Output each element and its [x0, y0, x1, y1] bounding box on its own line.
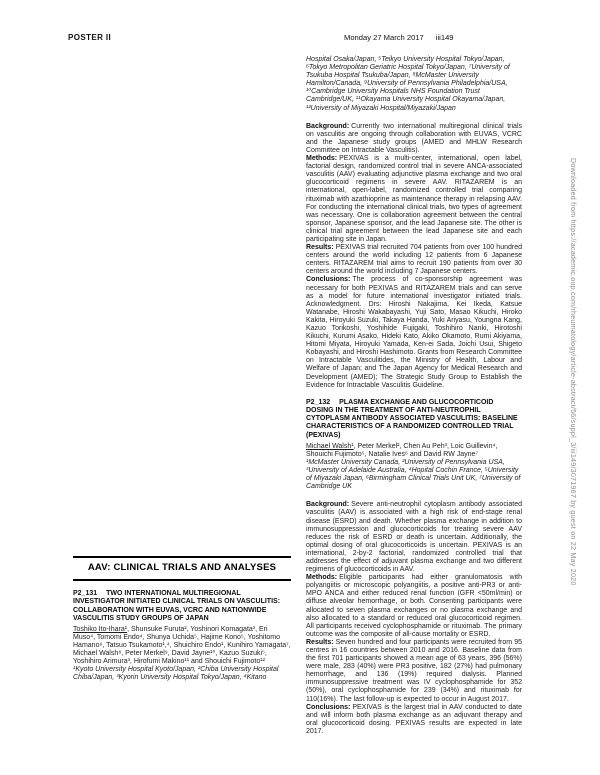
methods-label: Methods:: [306, 155, 337, 162]
p2-132-methods-paragraph: Methods:Eligible participants had either…: [306, 574, 522, 639]
page-number: iii149: [436, 33, 454, 42]
p2-132-affiliations: ¹McMaster University Canada, ²University…: [306, 459, 522, 491]
presenting-author: Toshiko Ito-Ihara¹: [73, 626, 127, 633]
p2-131-affiliations: ¹Kyoto University Hospital Kyoto/Japan, …: [73, 666, 291, 682]
abstract-id-p2-132: P2_132: [306, 399, 330, 406]
header-date: Monday 27 March 2017: [344, 33, 424, 42]
abstract-id-p2-131: P2_131: [73, 590, 97, 597]
p2-132-title: P2_132PLASMA EXCHANGE AND GLUCOCORTICOID…: [306, 399, 522, 440]
p2-131-affiliations-continued: Hospital Osaka/Japan, ⁵Teikyo University…: [306, 56, 522, 113]
p2-131-author-list: Toshiko Ito-Ihara¹, Shunsuke Furuta², Yo…: [73, 626, 291, 666]
abstract-title-text: PLASMA EXCHANGE AND GLUCOCORTICOID DOSIN…: [306, 399, 518, 439]
presenting-author: Michael Walsh¹: [306, 443, 354, 450]
background-text: Severe anti-neutrophil cytoplasm antibod…: [306, 501, 522, 573]
background-label: Background:: [306, 123, 349, 130]
p2-131-title: P2_131TWO INTERNATIONAL MULTIREGIONAL IN…: [73, 590, 291, 623]
running-head-right: Monday 27 March 2017iii149: [344, 33, 454, 42]
left-column: AAV: CLINICAL TRIALS AND ANALYSES P2_131…: [73, 556, 291, 683]
abstract-title-text: TWO INTERNATIONAL MULTIREGIONAL INVESTIG…: [73, 590, 280, 622]
results-text: Seven hundred and four participants were…: [306, 639, 522, 703]
scanned-abstract-page: POSTER II Monday 27 March 2017iii149 Hos…: [0, 0, 600, 775]
conclusions-text: The process of co-sponsorship agreement …: [306, 276, 522, 388]
p2-131-conclusions-paragraph: Conclusions:The process of co-sponsorshi…: [306, 276, 522, 389]
conclusions-label: Conclusions:: [306, 704, 350, 711]
section-title: AAV: CLINICAL TRIALS AND ANALYSES: [75, 564, 289, 572]
p2-131-results-paragraph: Results:PEXIVAS trial recruited 704 pati…: [306, 244, 522, 276]
section-heading-box: AAV: CLINICAL TRIALS AND ANALYSES: [73, 556, 291, 581]
download-watermark: Downloaded from https://academic.oup.com…: [569, 158, 578, 586]
methods-label: Methods:: [306, 574, 337, 581]
right-column: Hospital Osaka/Japan, ⁵Teikyo University…: [306, 56, 522, 736]
p2-132-background-paragraph: Background:Severe anti-neutrophil cytopl…: [306, 501, 522, 574]
results-label: Results:: [306, 244, 334, 251]
p2-131-methods-paragraph: Methods:PEXIVAS is a multi-center, inter…: [306, 155, 522, 244]
results-label: Results:: [306, 639, 334, 646]
results-text: PEXIVAS trial recruited 704 patients fro…: [306, 244, 522, 275]
p2-132-author-list: Michael Walsh¹, Peter Merkel², Chen Au P…: [306, 443, 522, 459]
p2-132-results-paragraph: Results:Seven hundred and four participa…: [306, 639, 522, 704]
p2-131-background-paragraph: Background:Currently two international m…: [306, 123, 522, 155]
p2-132-conclusions-paragraph: Conclusions:PEXIVAS is the largest trial…: [306, 704, 522, 736]
methods-text: PEXIVAS is a multi-center, international…: [306, 155, 522, 243]
poster-session-label: POSTER II: [68, 33, 111, 42]
background-label: Background:: [306, 501, 349, 508]
conclusions-label: Conclusions:: [306, 276, 350, 283]
methods-text: Eligible participants had either granulo…: [306, 574, 522, 638]
